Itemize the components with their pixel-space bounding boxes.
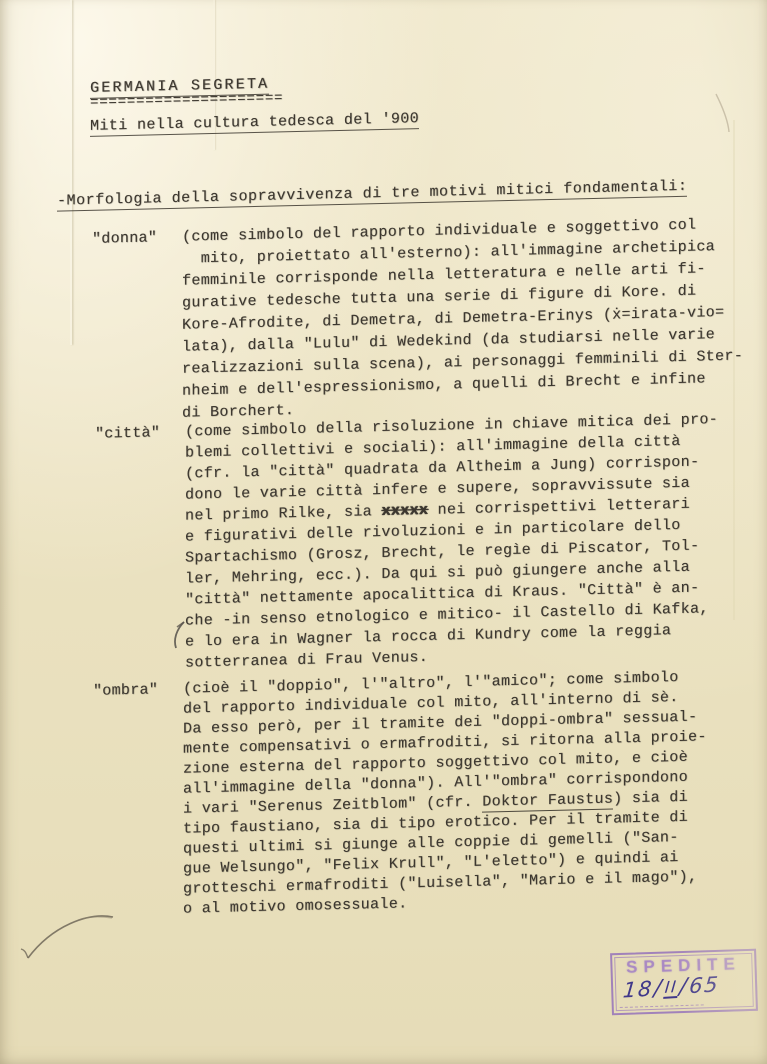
underlined-text: Doktor Faustus <box>482 791 613 813</box>
document-page: GERMANIA SEGRETA ===================== M… <box>0 0 767 1064</box>
paragraph-label: "città" <box>95 422 185 445</box>
date-day: 18 <box>622 977 654 1003</box>
typed-text-layer: GERMANIA SEGRETA ===================== M… <box>0 0 767 1064</box>
date-year: 65 <box>688 972 720 998</box>
title-block: GERMANIA SEGRETA ===================== M… <box>90 72 419 135</box>
section-heading-text: -Morfologia della sopravvivenza di tre m… <box>57 178 687 212</box>
paragraph-donna: "donna" (come simbolo del rapporto indiv… <box>92 213 743 426</box>
paragraph-body: (come simbolo della risoluzione in chiav… <box>185 409 718 674</box>
struck-text: xxxxx <box>381 502 428 520</box>
title-equals-rule: ===================== <box>90 90 419 109</box>
document-subtitle: Miti nella cultura tedesca del '900 <box>90 110 419 135</box>
paragraph-label: "donna" <box>92 227 182 251</box>
paragraph-citta: "città" (come simbolo della risoluzione … <box>95 409 718 676</box>
section-heading: -Morfologia della sopravvivenza di tre m… <box>57 178 687 210</box>
paragraph-body: (come simbolo del rapporto individuale e… <box>182 213 743 424</box>
spedite-stamp: SPEDITE 18/II/65 <box>610 949 758 1016</box>
date-month-roman: II <box>663 979 679 999</box>
paragraph-body: (cioè il "doppio", l'"altro", l'"amico";… <box>183 667 707 919</box>
paragraph-label: "ombra" <box>93 680 183 702</box>
document-subtitle-text: Miti nella cultura tedesca del '900 <box>90 110 419 137</box>
paragraph-ombra: "ombra" (cioè il "doppio", l'"altro", l'… <box>93 667 707 921</box>
